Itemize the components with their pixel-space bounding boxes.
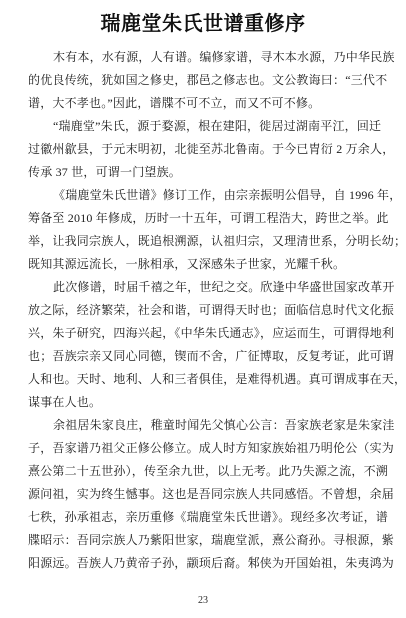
page-number: 23 bbox=[0, 595, 406, 606]
text-line: 举，让我同宗族人，既追根溯源，认祖归宗，又理清世系，分明长幼； bbox=[28, 230, 378, 253]
text-line: 阳源远。吾族人乃黄帝子孙，颛顼后裔。邾侠为开国始祖，朱夷鸿为 bbox=[28, 552, 378, 575]
text-line: 放之际，经济繁荣，社会和谐，可谓得天时也；面临信息时代文化振 bbox=[28, 299, 378, 322]
text-line: 七秩，孙承祖志，亲历重修《瑞鹿堂朱氏世谱》。现经多次考证，谱 bbox=[28, 506, 378, 529]
text-line: 子，吾家谱乃祖父正修公修立。成人时方知家族始祖乃明伦公（实为 bbox=[28, 437, 378, 460]
paragraph: 《瑞鹿堂朱氏世谱》修订工作，由宗亲振明公倡导，自 1996 年， 筹备至 201… bbox=[28, 184, 378, 276]
text-line: 余祖居朱家良庄，稚童时闻先父慎心公言：吾家族老家是朱家洼 bbox=[28, 414, 378, 437]
paragraph: 余祖居朱家良庄，稚童时闻先父慎心公言：吾家族老家是朱家洼 子，吾家谱乃祖父正修公… bbox=[28, 414, 378, 575]
document-page: 瑞鹿堂朱氏世谱重修序 木有本，水有源，人有谱。编修家谱，寻木本水源，乃中华民族 … bbox=[0, 0, 406, 618]
text-line: 《瑞鹿堂朱氏世谱》修订工作，由宗亲振明公倡导，自 1996 年， bbox=[28, 184, 378, 207]
text-line: 也；吾族宗亲又同心同德，锲而不舍，广征博取，反复考证，此可谓 bbox=[28, 345, 378, 368]
paragraph: “瑞鹿堂”朱氏，源于婺源，根在建阳，徙居过湖南平江，回迁 过徽州歙县，于元末明初… bbox=[28, 115, 378, 184]
text-line: 牒昭示：吾同宗族人乃紫阳世家，瑞鹿堂派，熹公裔孙。寻根源，紫 bbox=[28, 529, 378, 552]
text-line: 熹公第二十五世孙），传至余九世，以上无考。此乃失源之流，不溯 bbox=[28, 460, 378, 483]
page-title: 瑞鹿堂朱氏世谱重修序 bbox=[0, 0, 406, 40]
text-line: 源问祖，实为终生憾事。这也是吾同宗族人共同感悟。不曾想，余届 bbox=[28, 483, 378, 506]
document-body: 木有本，水有源，人有谱。编修家谱，寻木本水源，乃中华民族 的优良传统，犹如国之修… bbox=[28, 46, 378, 575]
text-line: 传承 37 世，可谓一门望族。 bbox=[28, 161, 378, 184]
paragraph: 木有本，水有源，人有谱。编修家谱，寻木本水源，乃中华民族 的优良传统，犹如国之修… bbox=[28, 46, 378, 115]
text-line: 筹备至 2010 年修成，历时一十五年，可谓工程浩大，跨世之举。此 bbox=[28, 207, 378, 230]
text-line: 兴，朱子研究，四海兴起，《中华朱氏通志》，应运而生，可谓得地利 bbox=[28, 322, 378, 345]
text-line: 木有本，水有源，人有谱。编修家谱，寻木本水源，乃中华民族 bbox=[28, 46, 378, 69]
text-line: 谱，大不孝也。”因此，谱牒不可不立，而又不可不修。 bbox=[28, 92, 378, 115]
text-line: 人和也。天时、地利、人和三者俱佳，是难得机遇。真可谓成事在天， bbox=[28, 368, 378, 391]
text-line: 过徽州歙县，于元末明初，北徙至苏北鲁南。于今已胄衍 2 万余人， bbox=[28, 138, 378, 161]
text-line: 谋事在人也。 bbox=[28, 391, 378, 414]
paragraph: 此次修谱，时届千禧之年，世纪之交。欣逢中华盛世国家改革开 放之际，经济繁荣，社会… bbox=[28, 276, 378, 414]
text-line: “瑞鹿堂”朱氏，源于婺源，根在建阳，徙居过湖南平江，回迁 bbox=[28, 115, 378, 138]
text-line: 的优良传统，犹如国之修史，郡邑之修志也。文公教诲曰：“三代不 bbox=[28, 69, 378, 92]
text-line: 既知其源远流长，一脉相承，又深感朱子世家，光耀千秋。 bbox=[28, 253, 378, 276]
text-line: 此次修谱，时届千禧之年，世纪之交。欣逢中华盛世国家改革开 bbox=[28, 276, 378, 299]
